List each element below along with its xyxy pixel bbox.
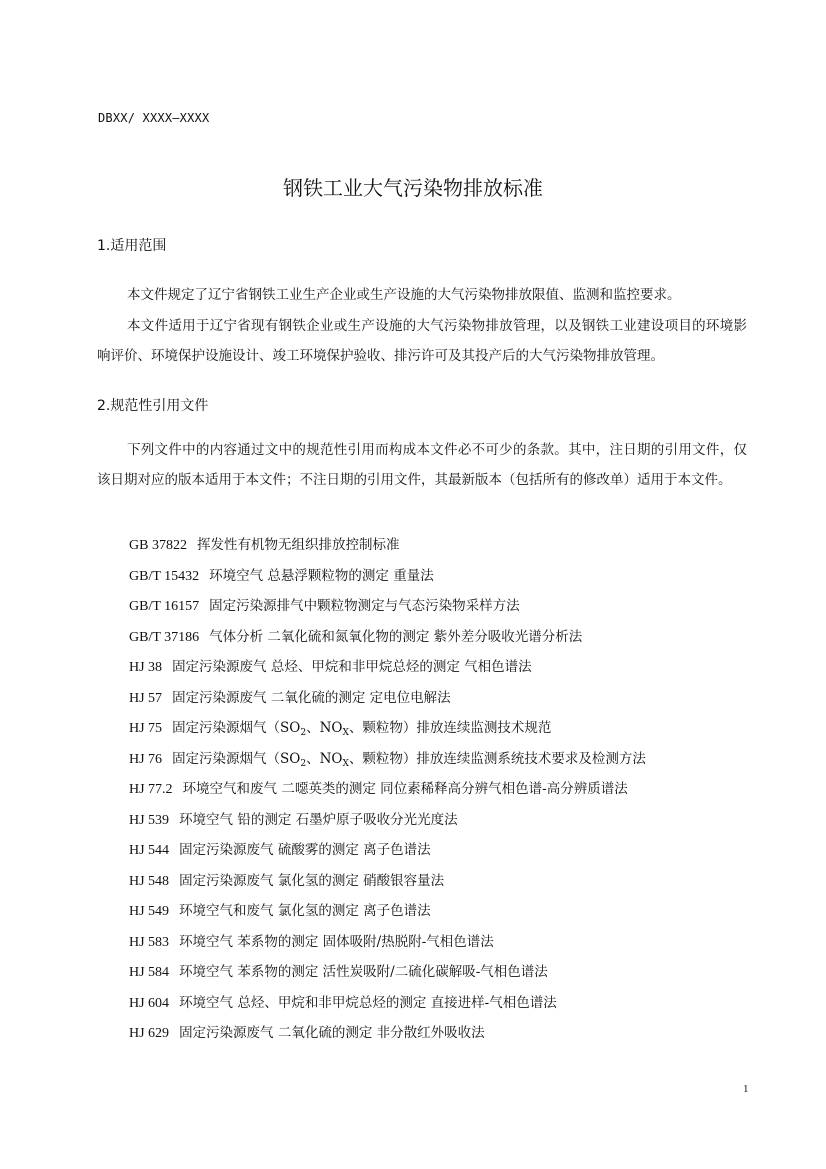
reference-title: 固定污染源废气 二氧化硫的测定 非分散红外吸收法 [179, 1025, 485, 1041]
reference-item: HJ 544固定污染源废气 硫酸雾的测定 离子色谱法 [129, 835, 646, 866]
reference-title: 气体分析 二氧化硫和氮氧化物的测定 紫外差分吸收光谱分析法 [209, 629, 582, 645]
reference-title: 固定污染源废气 硫酸雾的测定 离子色谱法 [179, 842, 431, 858]
section-heading-scope: 1.适用范围 [97, 235, 166, 255]
reference-item: GB/T 16157固定污染源排气中颗粒物测定与气态污染物采样方法 [129, 591, 646, 622]
reference-title-part: 、颗粒物）排放连续监测系统技术要求及检测方法 [349, 751, 646, 767]
reference-title-part: 固定污染源烟气（SO [172, 720, 300, 736]
reference-code: HJ 584 [129, 965, 169, 980]
reference-code: GB/T 37186 [129, 630, 199, 645]
reference-code: GB/T 16157 [129, 599, 199, 614]
reference-code: HJ 583 [129, 935, 169, 950]
reference-item: HJ 76固定污染源烟气（SO2、NOX、颗粒物）排放连续监测系统技术要求及检测… [129, 744, 646, 775]
document-title: 钢铁工业大气污染物排放标准 [0, 172, 826, 201]
reference-item: HJ 75固定污染源烟气（SO2、NOX、颗粒物）排放连续监测技术规范 [129, 713, 646, 744]
reference-title: 环境空气 总悬浮颗粒物的测定 重量法 [209, 568, 434, 584]
reference-title: 固定污染源烟气（SO2、NOX、颗粒物）排放连续监测系统技术要求及检测方法 [172, 751, 646, 767]
reference-title: 挥发性有机物无组织排放控制标准 [197, 537, 400, 553]
reference-code: HJ 629 [129, 1026, 169, 1041]
reference-title: 固定污染源废气 氯化氢的测定 硝酸银容量法 [179, 873, 444, 889]
reference-title: 固定污染源废气 总烃、甲烷和非甲烷总烃的测定 气相色谱法 [172, 659, 532, 675]
reference-item: HJ 548固定污染源废气 氯化氢的测定 硝酸银容量法 [129, 866, 646, 897]
reference-code: GB/T 15432 [129, 569, 199, 584]
reference-title-part: 固定污染源烟气（SO [172, 751, 300, 767]
reference-title-part: 、NO [306, 751, 342, 767]
reference-item: HJ 584环境空气 苯系物的测定 活性炭吸附/二硫化碳解吸-气相色谱法 [129, 957, 646, 988]
document-page: DBXX/ XXXX—XXXX 钢铁工业大气污染物排放标准 1.适用范围 本文件… [0, 0, 826, 1169]
reference-title: 环境空气 苯系物的测定 活性炭吸附/二硫化碳解吸-气相色谱法 [179, 964, 548, 980]
references-intro-paragraph: 下列文件中的内容通过文中的规范性引用而构成本文件必不可少的条款。其中，注日期的引… [97, 435, 747, 495]
reference-code: HJ 38 [129, 660, 162, 675]
reference-title: 环境空气和废气 氯化氢的测定 离子色谱法 [179, 903, 431, 919]
reference-title-part: 、颗粒物）排放连续监测技术规范 [349, 720, 552, 736]
reference-title: 环境空气和废气 二噁英类的测定 同位素稀释高分辨气相色谱-高分辨质谱法 [183, 781, 628, 797]
reference-title: 固定污染源废气 二氧化硫的测定 定电位电解法 [172, 690, 451, 706]
scope-paragraph-2: 本文件适用于辽宁省现有钢铁企业或生产设施的大气污染物排放管理，以及钢铁工业建设项… [97, 311, 747, 371]
page-number: 1 [743, 1083, 749, 1095]
reference-code: HJ 544 [129, 843, 169, 858]
reference-item: HJ 604环境空气 总烃、甲烷和非甲烷总烃的测定 直接进样-气相色谱法 [129, 988, 646, 1019]
reference-item: HJ 583环境空气 苯系物的测定 固体吸附/热脱附-气相色谱法 [129, 927, 646, 958]
scope-paragraph-1: 本文件规定了辽宁省钢铁工业生产企业或生产设施的大气污染物排放限值、监测和监控要求… [97, 280, 747, 310]
reference-item: HJ 77.2环境空气和废气 二噁英类的测定 同位素稀释高分辨气相色谱-高分辨质… [129, 774, 646, 805]
reference-code: HJ 539 [129, 813, 169, 828]
document-code: DBXX/ XXXX—XXXX [98, 111, 209, 125]
reference-code: HJ 604 [129, 996, 169, 1011]
reference-item: HJ 38固定污染源废气 总烃、甲烷和非甲烷总烃的测定 气相色谱法 [129, 652, 646, 683]
section-heading-normative-references: 2.规范性引用文件 [97, 395, 208, 415]
reference-item: HJ 629固定污染源废气 二氧化硫的测定 非分散红外吸收法 [129, 1018, 646, 1049]
reference-code: HJ 57 [129, 691, 162, 706]
reference-item: GB/T 37186气体分析 二氧化硫和氮氧化物的测定 紫外差分吸收光谱分析法 [129, 622, 646, 653]
reference-title-part: 、NO [306, 720, 342, 736]
reference-code: HJ 548 [129, 874, 169, 889]
reference-code: GB 37822 [129, 538, 187, 553]
reference-item: HJ 539环境空气 铅的测定 石墨炉原子吸收分光光度法 [129, 805, 646, 836]
reference-title: 固定污染源排气中颗粒物测定与气态污染物采样方法 [209, 598, 520, 614]
reference-list: GB 37822挥发性有机物无组织排放控制标准 GB/T 15432环境空气 总… [129, 530, 646, 1049]
reference-item: HJ 57固定污染源废气 二氧化硫的测定 定电位电解法 [129, 683, 646, 714]
reference-code: HJ 77.2 [129, 782, 173, 797]
reference-item: GB 37822挥发性有机物无组织排放控制标准 [129, 530, 646, 561]
reference-code: HJ 75 [129, 721, 162, 736]
reference-title: 环境空气 总烃、甲烷和非甲烷总烃的测定 直接进样-气相色谱法 [179, 995, 557, 1011]
reference-code: HJ 549 [129, 904, 169, 919]
reference-title: 环境空气 铅的测定 石墨炉原子吸收分光光度法 [179, 812, 458, 828]
reference-title: 环境空气 苯系物的测定 固体吸附/热脱附-气相色谱法 [179, 934, 494, 950]
reference-title: 固定污染源烟气（SO2、NOX、颗粒物）排放连续监测技术规范 [172, 720, 551, 736]
reference-item: HJ 549环境空气和废气 氯化氢的测定 离子色谱法 [129, 896, 646, 927]
reference-code: HJ 76 [129, 752, 162, 767]
reference-item: GB/T 15432环境空气 总悬浮颗粒物的测定 重量法 [129, 561, 646, 592]
